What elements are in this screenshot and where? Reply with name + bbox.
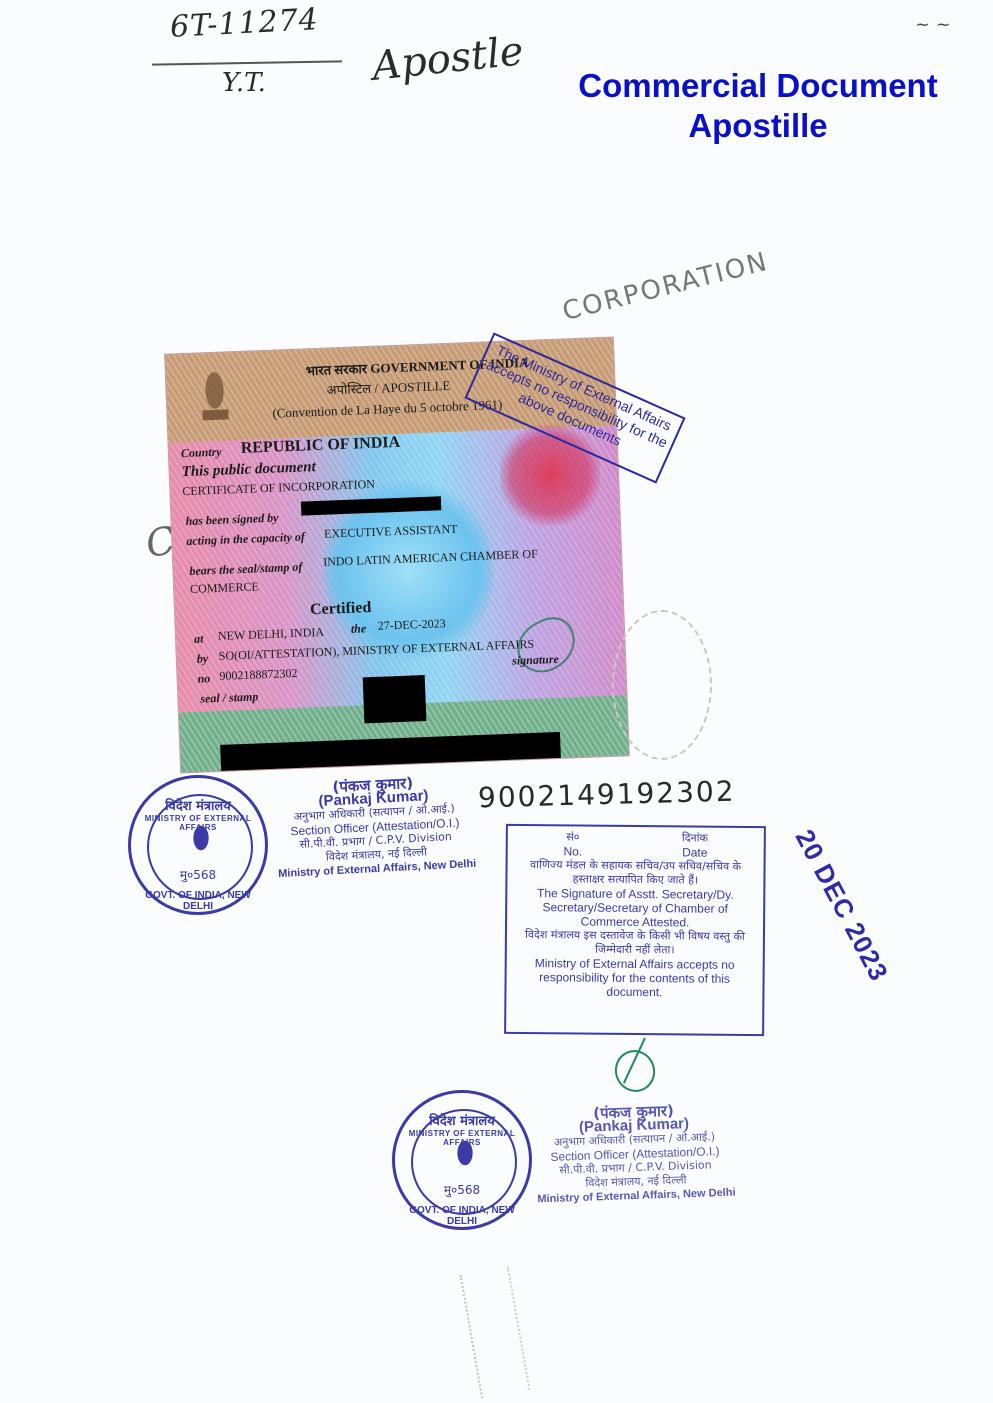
stamp-date-label: Date — [682, 845, 708, 859]
handwritten-reference: 6T-11274 — [169, 2, 319, 45]
title-line-2: Apostille — [538, 106, 978, 146]
mea-round-stamp: विदेश मंत्रालय MINISTRY OF EXTERNAL AFFA… — [128, 775, 268, 915]
country-label: Country — [181, 445, 222, 462]
mea-round-stamp-2: विदेश मंत्रालय MINISTRY OF EXTERNAL AFFA… — [392, 1090, 532, 1230]
signature-mark — [508, 609, 584, 681]
stamp-no-label: No. — [563, 844, 582, 858]
attestation-stamp: सं० No. दिनांक Date वाणिज्य मंडल के सहाय… — [504, 824, 766, 1036]
round-stamp-top: विदेश मंत्रालय — [131, 796, 265, 814]
date-value: 27-DEC-2023 — [377, 616, 446, 634]
handwritten-number: 9002149192302 — [478, 775, 736, 815]
stamp-line1: The Signature of Asstt. Secretary/Dy. Se… — [513, 886, 757, 930]
stamp-date-hindi: दिनांक — [682, 831, 708, 845]
faint-bleed-mark — [460, 1267, 531, 1399]
handwritten-note: Apostle — [370, 28, 526, 90]
green-signature — [609, 1044, 661, 1097]
round-stamp-number: मु०568 — [131, 866, 265, 883]
signature-label: signature — [512, 652, 559, 669]
title-line-1: Commercial Document — [538, 66, 978, 106]
round-stamp-number: मु०568 — [395, 1181, 529, 1198]
stamp-line2-hindi: विदेश मंत्रालय इस दस्तावेज के किसी भी वि… — [513, 928, 757, 958]
page-title: Commercial Document Apostille — [538, 66, 978, 146]
emblem-icon — [186, 822, 216, 862]
document-name: CERTIFICATE OF INCORPORATION — [182, 477, 375, 499]
at-label: at — [194, 631, 204, 646]
officer-block-2: (पंकज कुमार) (Pankaj Kumar) अनुभाग अधिका… — [523, 1101, 746, 1207]
stamp-header: सं० No. दिनांक Date — [514, 830, 758, 860]
handwritten-underline — [152, 60, 342, 65]
certified-heading: Certified — [310, 599, 372, 619]
faint-oval-stamp — [612, 610, 712, 760]
signed-by-label: has been signed by — [185, 511, 279, 530]
national-emblem-icon — [196, 370, 234, 427]
seal-value-line-2: COMMERCE — [190, 579, 259, 597]
round-stamp-ring-text: MINISTRY OF EXTERNAL AFFAIRS — [395, 1129, 529, 1147]
handwritten-initials: Y.T. — [222, 68, 266, 98]
seal-label: bears the seal/stamp of — [189, 560, 302, 579]
date-stamp: 20 DEC 2023 — [789, 824, 895, 986]
round-stamp-top: विदेश मंत्रालय — [395, 1111, 529, 1129]
round-stamp-bottom: GOVT. OF INDIA, NEW DELHI — [131, 890, 265, 912]
seal-stamp-label: seal / stamp — [200, 689, 259, 706]
officer-block: (पंकज कुमार) (Pankaj Kumar) अनुभाग अधिका… — [263, 772, 488, 881]
number-label: no — [197, 671, 210, 686]
redaction-qr-code — [363, 675, 427, 723]
stamp-line1-hindi: वाणिज्य मंडल के सहायक सचिव/उप सचिव/सचिव … — [513, 858, 757, 888]
stamp-line2: Ministry of External Affairs accepts no … — [512, 956, 756, 1000]
round-stamp-bottom: GOVT. OF INDIA, NEW DELHI — [395, 1205, 529, 1227]
emblem-icon — [450, 1137, 480, 1177]
stamp-no-hindi: सं० — [564, 830, 583, 844]
handwritten-document-type: CORPORATION — [560, 247, 772, 327]
handwritten-corner-mark: ~ ~ — [915, 14, 951, 35]
public-document-label: This public document — [181, 459, 316, 481]
date-label: the — [351, 621, 367, 637]
at-value: NEW DELHI, INDIA — [218, 625, 325, 644]
by-label: by — [197, 651, 209, 666]
capacity-label: acting in the capacity of — [186, 530, 305, 550]
round-stamp-ring-text: MINISTRY OF EXTERNAL AFFAIRS — [131, 814, 265, 832]
number-value: 9002188872302 — [219, 666, 298, 684]
